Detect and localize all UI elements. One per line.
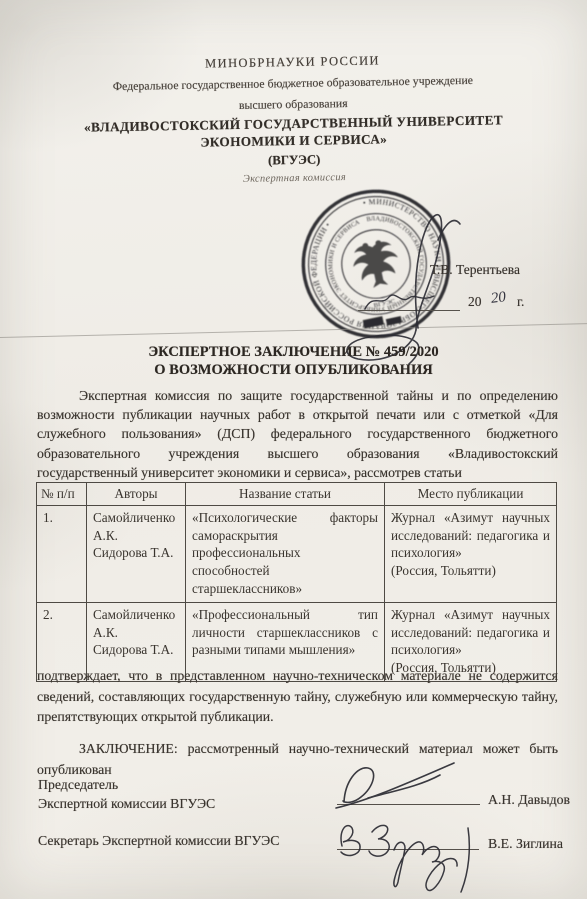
intro-paragraph: Экспертная комиссия по защите государств… xyxy=(37,386,558,482)
row-number: 1. xyxy=(37,505,87,602)
confirmation-paragraph: подтверждает, что в представленном научн… xyxy=(37,666,558,728)
secretary-signature xyxy=(328,810,498,895)
document-title-line2: О ВОЗМОЖНОСТИ ОПУБЛИКОВАНИЯ xyxy=(0,362,587,380)
column-header-article-title: Название статьи xyxy=(186,483,385,506)
handwritten-month xyxy=(360,288,455,316)
document-title-line1: ЭКСПЕРТНОЕ ЗАКЛЮЧЕНИЕ № 459/2020 xyxy=(0,344,587,362)
secretary-name: В.Е. Зиглина xyxy=(488,836,563,852)
table-row: 1. Самойличенко А.К. Сидорова Т.А. «Псих… xyxy=(37,505,557,602)
chairman-name: А.Н. Давыдов xyxy=(488,792,570,808)
document-title: ЭКСПЕРТНОЕ ЗАКЛЮЧЕНИЕ № 459/2020 О ВОЗМО… xyxy=(0,344,587,379)
column-header-number: № п/п xyxy=(37,483,87,506)
date-year-printed: 20 xyxy=(468,294,482,310)
conclusion-label: ЗАКЛЮЧЕНИЕ: xyxy=(79,741,178,756)
column-header-publication: Место публикации xyxy=(385,483,557,506)
secretary-role: Секретарь Экспертной комиссии ВГУЭС xyxy=(38,831,279,850)
rector-name: Т.В. Терентьева xyxy=(430,262,520,278)
letterhead: МИНОБРНАУКИ РОССИИ Федеральное государст… xyxy=(0,50,587,189)
ministry-name: МИНОБРНАУКИ РОССИИ xyxy=(0,50,586,75)
chairman-signature xyxy=(332,760,487,810)
org-type-line: Федеральное государственное бюджетное об… xyxy=(0,71,586,96)
column-header-authors: Авторы xyxy=(87,483,186,506)
date-suffix: г. xyxy=(517,294,524,310)
row-publication: Журнал «Азимут научных исследований: пед… xyxy=(385,505,557,602)
table-header-row: № п/п Авторы Название статьи Место публи… xyxy=(37,483,557,506)
articles-table: № п/п Авторы Название статьи Место публи… xyxy=(36,482,557,682)
chairman-role: Председатель Экспертной комиссии ВГУЭС xyxy=(38,775,215,813)
row-article-title: «Психологические факторы самораскрытия п… xyxy=(186,505,385,602)
scanned-document-page: МИНОБРНАУКИ РОССИИ Федеральное государст… xyxy=(0,0,587,899)
row-authors: Самойличенко А.К. Сидорова Т.А. xyxy=(87,505,186,602)
date-year-handwritten: 20 xyxy=(490,289,507,308)
